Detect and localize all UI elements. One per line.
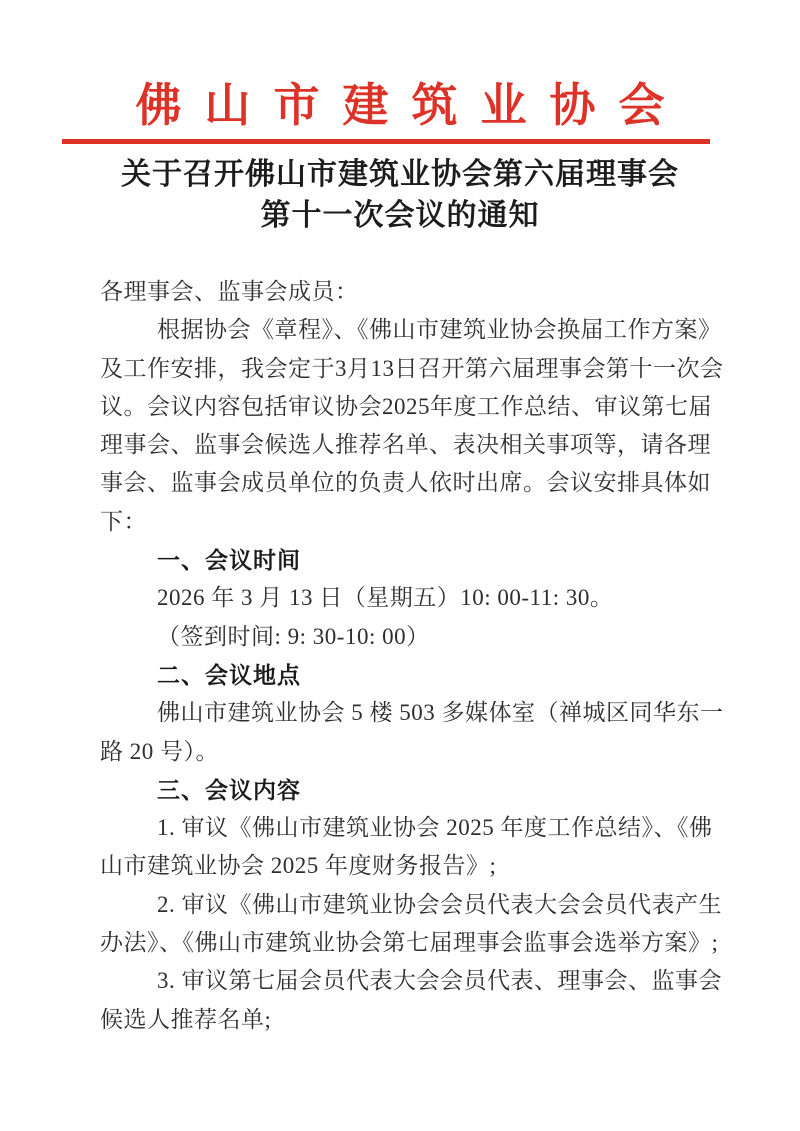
section-heading-location: 二、会议地点	[100, 656, 708, 694]
section-heading-time: 一、会议时间	[100, 541, 708, 579]
document-page: 佛山市建筑业协会 关于召开佛山市建筑业协会第六届理事会 第十一次会议的通知 各理…	[0, 0, 800, 1131]
location-line-1: 佛山市建筑业协会 5 楼 503 多媒体室（禅城区同华东一	[100, 694, 708, 732]
agenda-item-3-line-2: 候选人推荐名单;	[100, 1001, 708, 1039]
doc-title: 关于召开佛山市建筑业协会第六届理事会 第十一次会议的通知	[0, 154, 800, 236]
agenda-item-2-line-2: 办法》、《佛山市建筑业协会第七届理事会监事会选举方案》;	[100, 924, 708, 962]
agenda-item-1-line-1: 1. 审议《佛山市建筑业协会 2025 年度工作总结》、《佛	[100, 809, 708, 847]
signin-time-line: （签到时间: 9: 30-10: 00）	[100, 618, 708, 656]
intro-line-3: 议。会议内容包括审议协会2025年度工作总结、审议第七届	[100, 388, 708, 426]
doc-title-line2: 第十一次会议的通知	[0, 195, 800, 236]
intro-line-1: 根据协会《章程》、《佛山市建筑业协会换届工作方案》	[100, 311, 708, 349]
letterhead-divider	[62, 139, 710, 144]
intro-line-6: 下：	[100, 503, 708, 541]
intro-line-5: 事会、监事会成员单位的负责人依时出席。会议安排具体如	[100, 464, 708, 502]
agenda-item-3-line-1: 3. 审议第七届会员代表大会会员代表、理事会、监事会	[100, 962, 708, 1000]
agenda-item-1-line-2: 山市建筑业协会 2025 年度财务报告》;	[100, 847, 708, 885]
section-heading-agenda: 三、会议内容	[100, 771, 708, 809]
meeting-time-line: 2026 年 3 月 13 日（星期五）10: 00-11: 30。	[100, 579, 708, 617]
intro-line-4: 理事会、监事会候选人推荐名单、表决相关事项等，请各理	[100, 426, 708, 464]
intro-line-2: 及工作安排，我会定于3月13日召开第六届理事会第十一次会	[100, 350, 708, 388]
doc-title-line1: 关于召开佛山市建筑业协会第六届理事会	[0, 154, 800, 195]
salutation-line: 各理事会、监事会成员：	[100, 273, 708, 311]
org-name: 佛山市建筑业协会	[0, 0, 800, 132]
location-line-2: 路 20 号）。	[100, 733, 708, 771]
agenda-item-2-line-1: 2. 审议《佛山市建筑业协会会员代表大会会员代表产生	[100, 886, 708, 924]
notice-body: 各理事会、监事会成员： 根据协会《章程》、《佛山市建筑业协会换届工作方案》 及工…	[100, 273, 708, 1039]
